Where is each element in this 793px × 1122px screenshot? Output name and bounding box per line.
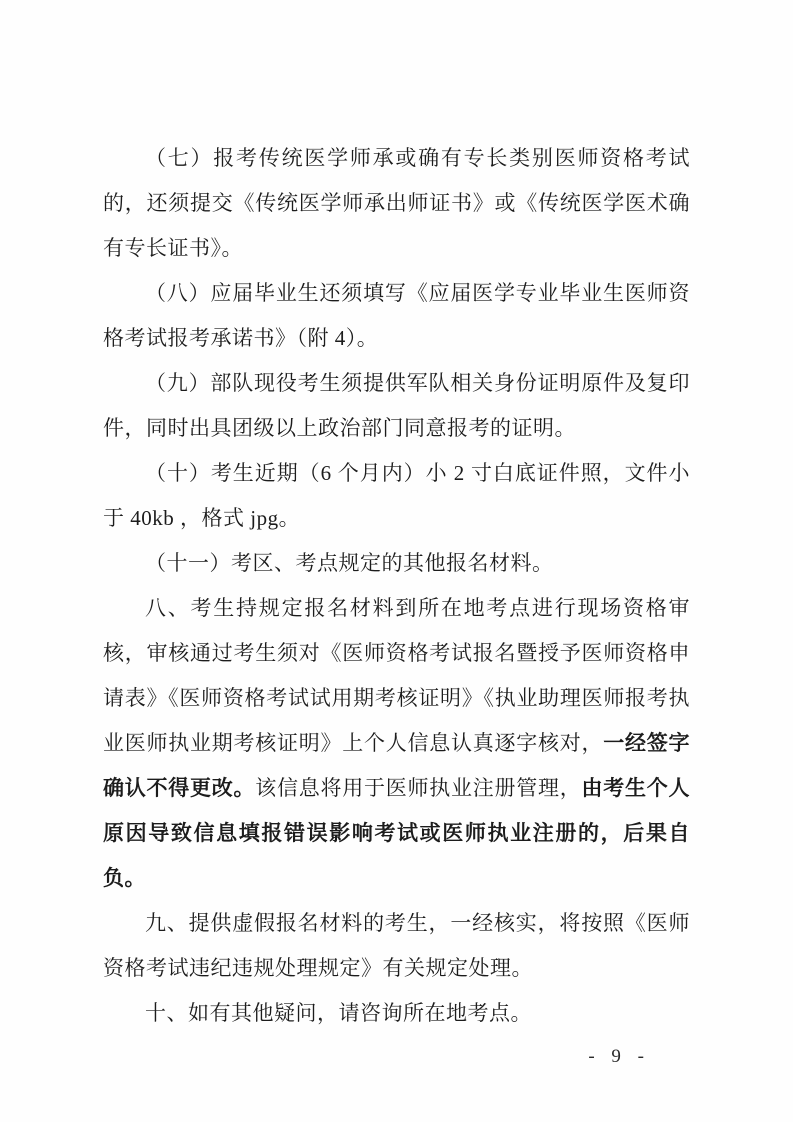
paragraph: （七）报考传统医学师承或确有专长类别医师资格考试的，还须提交《传统医学师承出师证… [103,136,690,271]
body-text: （十）考生近期（6 个月内）小 2 寸白底证件照，文件小于 40kb ，格式 j… [103,461,690,530]
paragraph: （八）应届毕业生还须填写《应届医学专业毕业生医师资格考试报考承诺书》（附 4）。 [103,271,690,361]
body-text: 九、提供虚假报名材料的考生，一经核实，将按照《医师资格考试违纪违规处理规定》有关… [103,911,690,980]
document-body: （七）报考传统医学师承或确有专长类别医师资格考试的，还须提交《传统医学师承出师证… [103,136,690,1036]
paragraph: 八、考生持规定报名材料到所在地考点进行现场资格审核，审核通过考生须对《医师资格考… [103,586,690,901]
paragraph: （九）部队现役考生须提供军队相关身份证明原件及复印件，同时出具团级以上政治部门同… [103,361,690,451]
body-text: （八）应届毕业生还须填写《应届医学专业毕业生医师资格考试报考承诺书》（附 4）。 [103,281,690,350]
body-text: 八、考生持规定报名材料到所在地考点进行现场资格审核，审核通过考生须对《医师资格考… [103,596,690,755]
paragraph: （十）考生近期（6 个月内）小 2 寸白底证件照，文件小于 40kb ，格式 j… [103,451,690,541]
body-text: （九）部队现役考生须提供军队相关身份证明原件及复印件，同时出具团级以上政治部门同… [103,371,690,440]
paragraph: （十一）考区、考点规定的其他报名材料。 [103,541,690,586]
paragraph: 九、提供虚假报名材料的考生，一经核实，将按照《医师资格考试违纪违规处理规定》有关… [103,901,690,991]
paragraph: 十、如有其他疑问，请咨询所在地考点。 [103,991,690,1036]
body-text: （十一）考区、考点规定的其他报名材料。 [145,551,554,575]
document-page: （七）报考传统医学师承或确有专长类别医师资格考试的，还须提交《传统医学师承出师证… [0,0,793,1122]
page-number: - 9 - [588,1046,650,1068]
body-text: （七）报考传统医学师承或确有专长类别医师资格考试的，还须提交《传统医学师承出师证… [103,146,690,260]
body-text: 该信息将用于医师执业注册管理， [255,776,581,800]
body-text: 十、如有其他疑问，请咨询所在地考点。 [145,1001,532,1025]
